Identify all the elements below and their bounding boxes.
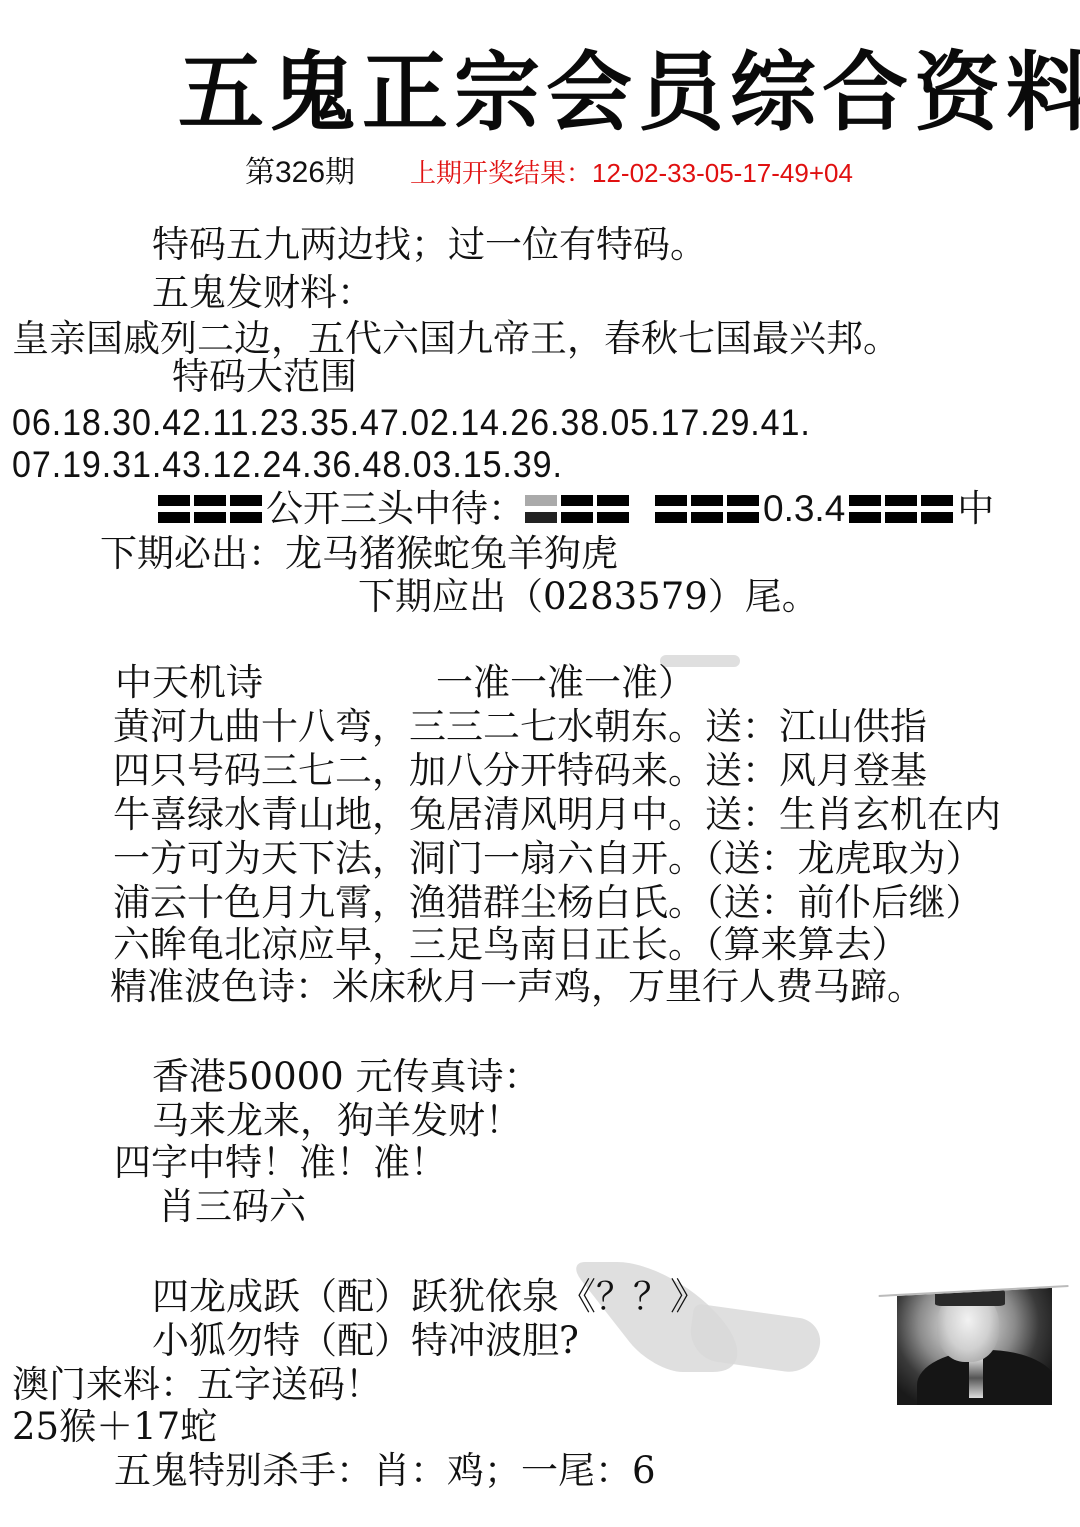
- block-icon: [597, 495, 629, 523]
- block-icon: [561, 495, 593, 523]
- three-heads-row: 公开三头中待：0.3.4中: [158, 490, 994, 527]
- tip-line-1: 特码五九两边找；过一位有特码。: [152, 226, 707, 263]
- block-icon: [885, 495, 917, 523]
- special-killer: 五鬼特别杀手：肖：鸡；一尾：6: [114, 1452, 656, 1489]
- range-title: 特码大范围: [172, 358, 357, 395]
- block-icon: [727, 495, 759, 523]
- hk-fax-line-1: 香港50000 元传真诗：: [152, 1058, 540, 1095]
- poem-line-3: 牛喜绿水青山地，兔居清风明月中。送：生肖玄机在内: [113, 796, 1001, 833]
- range-row-1: 06.18.30.42.11.23.35.47.02.14.26.38.05.1…: [12, 404, 811, 441]
- range-row-2: 07.19.31.43.12.24.36.48.03.15.39.: [12, 446, 563, 483]
- poem-line-2: 四只号码三七二，加八分开特码来。送：风月登基: [113, 752, 927, 789]
- block-icon: [655, 495, 687, 523]
- portrait-photo: [897, 1280, 1052, 1405]
- three-heads-value: 0.3.4: [763, 488, 845, 529]
- block-icon: [525, 495, 557, 523]
- hk-fax-line-4: 肖三码六: [158, 1188, 306, 1225]
- last-result-label: 上期开奖结果：: [410, 158, 592, 188]
- tip-line-2: 五鬼发财料：: [152, 274, 374, 311]
- wave-color-poem: 精准波色诗：米床秋月一声鸡，万里行人费马蹄。: [110, 968, 924, 1005]
- tip-line-3: 皇亲国戚列二边，五代六国九帝王，春秋七国最兴邦。: [12, 320, 900, 357]
- page-title: 五鬼正宗会员综合资料: [178, 50, 1080, 136]
- block-icon: [849, 495, 881, 523]
- riddle-line-2: 小狐勿特（配）特冲波胆?: [152, 1322, 579, 1359]
- last-result-numbers: 12-02-33-05-17-49+04: [592, 158, 853, 188]
- macau-line-1: 澳门来料：五字送码！: [12, 1366, 382, 1403]
- three-heads-suffix: 中: [957, 487, 994, 530]
- next-tail: 下期应出（0283579）尾。: [358, 578, 819, 615]
- block-icon: [194, 495, 226, 523]
- riddle-line-1: 四龙成跃（配）跃犹依泉《？？》: [152, 1278, 707, 1315]
- block-icon: [691, 495, 723, 523]
- poem-title-right: 一准一准一准）: [436, 664, 695, 701]
- poem-line-4: 一方可为天下法，洞门一扇六自开。（送：龙虎取为）: [113, 840, 983, 877]
- three-heads-label: 公开三头中待：: [266, 487, 525, 530]
- poem-line-1: 黄河九曲十八弯，三三二七水朝东。送：江山供指: [113, 708, 927, 745]
- block-icon: [158, 495, 190, 523]
- block-icon: [921, 495, 953, 523]
- macau-line-2: 25猴＋17蛇: [12, 1408, 217, 1445]
- poem-line-5: 浦云十色月九霄，渔猎群尘杨白氏。（送：前仆后继）: [113, 884, 983, 921]
- poem-line-6: 六眸龟北凉应早，三足鸟南日正长。（算来算去）: [113, 926, 909, 963]
- hk-fax-line-3: 四字中特！准！准！: [114, 1144, 447, 1181]
- hk-fax-line-2: 马来龙来，狗羊发财！: [152, 1102, 522, 1139]
- block-icon: [230, 495, 262, 523]
- poem-title: 中天机诗: [115, 664, 263, 701]
- issue-number: 第326期: [245, 158, 355, 188]
- next-must-zodiacs: 下期必出：龙马猪猴蛇兔羊狗虎: [100, 535, 618, 572]
- last-draw-result: 上期开奖结果：12-02-33-05-17-49+04: [410, 160, 853, 186]
